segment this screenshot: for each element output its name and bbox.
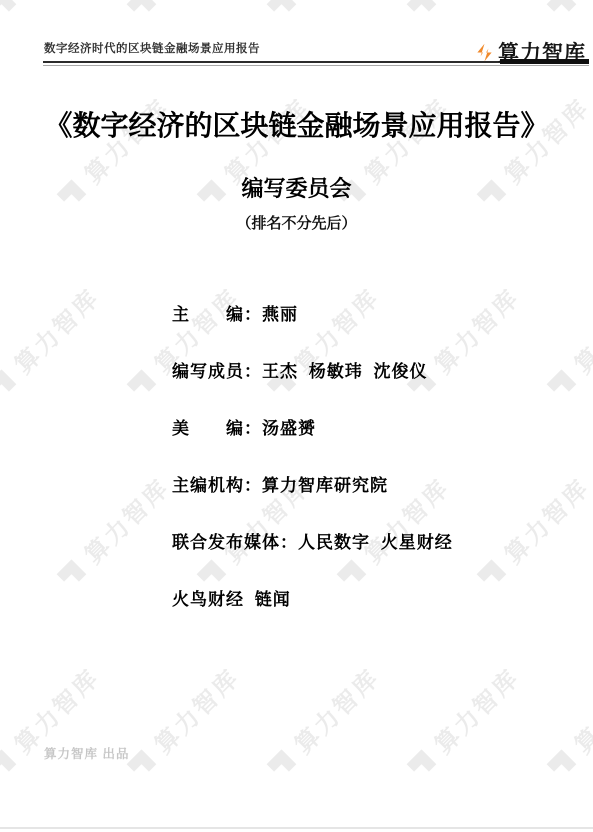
watermark-brand-icon <box>541 364 581 404</box>
member-line-joint-media-cont: 火鸟财经 链闻 <box>172 585 453 610</box>
watermark-text: 算力智库 <box>495 469 593 570</box>
watermark-unit: 算力智库 <box>119 659 246 786</box>
footer-credit: 算力智库 出品 <box>44 744 129 762</box>
watermark-unit: 算力智库 <box>399 0 526 26</box>
watermark-brand-icon <box>0 364 21 404</box>
page-bottom-edge <box>0 827 593 829</box>
watermark-unit: 算力智库 <box>539 0 593 26</box>
watermark-text: 算力智库 <box>75 469 176 570</box>
watermark-unit: 算力智库 <box>0 279 106 406</box>
report-title: 《数字经济的区块链金融场景应用报告》 <box>0 104 593 144</box>
watermark-unit: 算力智库 <box>0 0 106 26</box>
watermark-brand-icon <box>401 744 441 784</box>
watermark-text: 算力智库 <box>145 659 246 760</box>
watermark-text: 算力智库 <box>425 659 526 760</box>
watermark-unit: 算力智库 <box>0 659 106 786</box>
header-rule-thick-segment <box>500 59 589 64</box>
watermark-brand-icon <box>0 0 21 24</box>
brand-diamond-icon <box>475 43 494 62</box>
document-page: 算力智库算力智库算力智库算力智库算力智库算力智库算力智库算力智库算力智库算力智库… <box>0 0 593 832</box>
header-running-title: 数字经济时代的区块链金融场景应用报告 <box>44 40 260 56</box>
watermark-text: 算力智库 <box>285 659 386 760</box>
member-line-chief-institution: 主编机构：算力智库研究院 <box>172 471 453 496</box>
watermark-brand-icon <box>51 554 91 594</box>
member-line-art-editor: 美 编：汤盛赟 <box>172 414 453 439</box>
watermark-text: 算力智库 <box>5 279 106 380</box>
watermark-brand-icon <box>261 0 301 24</box>
watermark-brand-icon <box>401 0 441 24</box>
watermark-brand-icon <box>121 0 161 24</box>
watermark-unit: 算力智库 <box>469 469 593 596</box>
watermark-unit: 算力智库 <box>259 659 386 786</box>
watermark-brand-icon <box>541 0 581 24</box>
watermark-unit: 算力智库 <box>399 659 526 786</box>
member-line-chief-editor: 主 编：燕丽 <box>172 300 453 325</box>
committee-member-list: 主 编：燕丽 编写成员：王杰 杨敏玮 沈俊仪 美 编：汤盛赟 主编机构：算力智库… <box>172 300 453 642</box>
watermark-unit: 算力智库 <box>49 469 176 596</box>
watermark-brand-icon <box>121 364 161 404</box>
watermark-brand-icon <box>0 744 21 784</box>
watermark-unit: 算力智库 <box>119 0 246 26</box>
watermark-brand-icon <box>541 744 581 784</box>
watermark-text: 算力智库 <box>565 659 593 760</box>
committee-subtitle: 编写委员会 <box>0 172 593 203</box>
ranking-note: （排名不分先后） <box>0 212 593 233</box>
watermark-unit: 算力智库 <box>539 279 593 406</box>
member-line-joint-media: 联合发布媒体：人民数字 火星财经 <box>172 528 453 553</box>
watermark-brand-icon <box>261 744 301 784</box>
watermark-text: 算力智库 <box>565 279 593 380</box>
watermark-unit: 算力智库 <box>259 0 386 26</box>
member-line-writers: 编写成员：王杰 杨敏玮 沈俊仪 <box>172 357 453 382</box>
watermark-brand-icon <box>471 554 511 594</box>
watermark-unit: 算力智库 <box>539 659 593 786</box>
